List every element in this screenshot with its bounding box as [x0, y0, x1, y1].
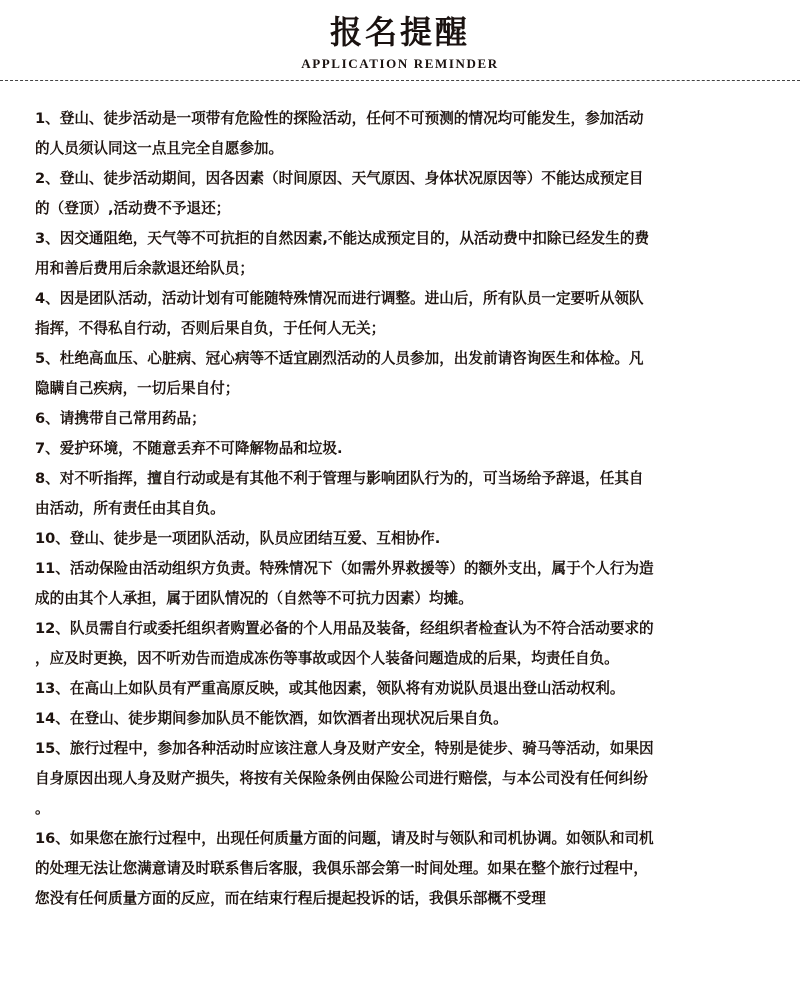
reminder-line: ，应及时更换，因不听劝告而造成冻伤等事故或因个人装备问题造成的后果，均责任自负。 [35, 644, 775, 674]
reminder-line: 10、登山、徒步是一项团队活动，队员应团结互爱、互相协作. [35, 524, 775, 554]
reminder-line: 4、因是团队活动，活动计划有可能随特殊情况而进行调整。进山后，所有队员一定要听从… [35, 284, 775, 314]
reminder-line: 2、登山、徒步活动期间，因各因素（时间原因、天气原因、身体状况原因等）不能达成预… [35, 164, 775, 194]
reminder-line: 11、活动保险由活动组织方负责。特殊情况下（如需外界救援等）的额外支出，属于个人… [35, 554, 775, 584]
reminder-line: 16、如果您在旅行过程中，出现任何质量方面的问题，请及时与领队和司机协调。如领队… [35, 824, 775, 854]
reminder-line: 。 [35, 794, 775, 824]
reminder-line: 隐瞒自己疾病，一切后果自付； [35, 374, 775, 404]
reminder-line: 3、因交通阻绝，天气等不可抗拒的自然因素,不能达成预定目的，从活动费中扣除已经发… [35, 224, 775, 254]
reminder-line: 8、对不听指挥，擅自行动或是有其他不利于管理与影响团队行为的，可当场给予辞退，任… [35, 464, 775, 494]
reminder-line: 的（登顶）,活动费不予退还； [35, 194, 775, 224]
reminder-list: 1、登山、徒步活动是一项带有危险性的探险活动，任何不可预测的情况均可能发生，参加… [35, 104, 775, 914]
reminder-line: 1、登山、徒步活动是一项带有危险性的探险活动，任何不可预测的情况均可能发生，参加… [35, 104, 775, 134]
reminder-line: 7、爱护环境，不随意丢弃不可降解物品和垃圾. [35, 434, 775, 464]
reminder-line: 由活动，所有责任由其自负。 [35, 494, 775, 524]
dashed-divider [0, 80, 800, 81]
reminder-line: 您没有任何质量方面的反应，而在结束行程后提起投诉的话，我俱乐部概不受理 [35, 884, 775, 914]
page-title: 报名提醒 [0, 10, 800, 54]
reminder-line: 自身原因出现人身及财产损失，将按有关保险条例由保险公司进行赔偿，与本公司没有任何… [35, 764, 775, 794]
page-subtitle: APPLICATION REMINDER [0, 56, 800, 72]
reminder-line: 12、队员需自行或委托组织者购置必备的个人用品及装备，经组织者检查认为不符合活动… [35, 614, 775, 644]
reminder-line: 14、在登山、徒步期间参加队员不能饮酒，如饮酒者出现状况后果自负。 [35, 704, 775, 734]
reminder-line: 的人员须认同这一点且完全自愿参加。 [35, 134, 775, 164]
reminder-line: 15、旅行过程中，参加各种活动时应该注意人身及财产安全，特别是徒步、骑马等活动，… [35, 734, 775, 764]
reminder-line: 用和善后费用后余款退还给队员； [35, 254, 775, 284]
reminder-line: 5、杜绝高血压、心脏病、冠心病等不适宜剧烈活动的人员参加，出发前请咨询医生和体检… [35, 344, 775, 374]
reminder-line: 6、请携带自己常用药品； [35, 404, 775, 434]
reminder-line: 指挥，不得私自行动，否则后果自负，于任何人无关； [35, 314, 775, 344]
reminder-line: 的处理无法让您满意请及时联系售后客服，我俱乐部会第一时间处理。如果在整个旅行过程… [35, 854, 775, 884]
reminder-line: 13、在高山上如队员有严重高原反映，或其他因素，领队将有劝说队员退出登山活动权利… [35, 674, 775, 704]
reminder-line: 成的由其个人承担，属于团队情况的（自然等不可抗力因素）均摊。 [35, 584, 775, 614]
